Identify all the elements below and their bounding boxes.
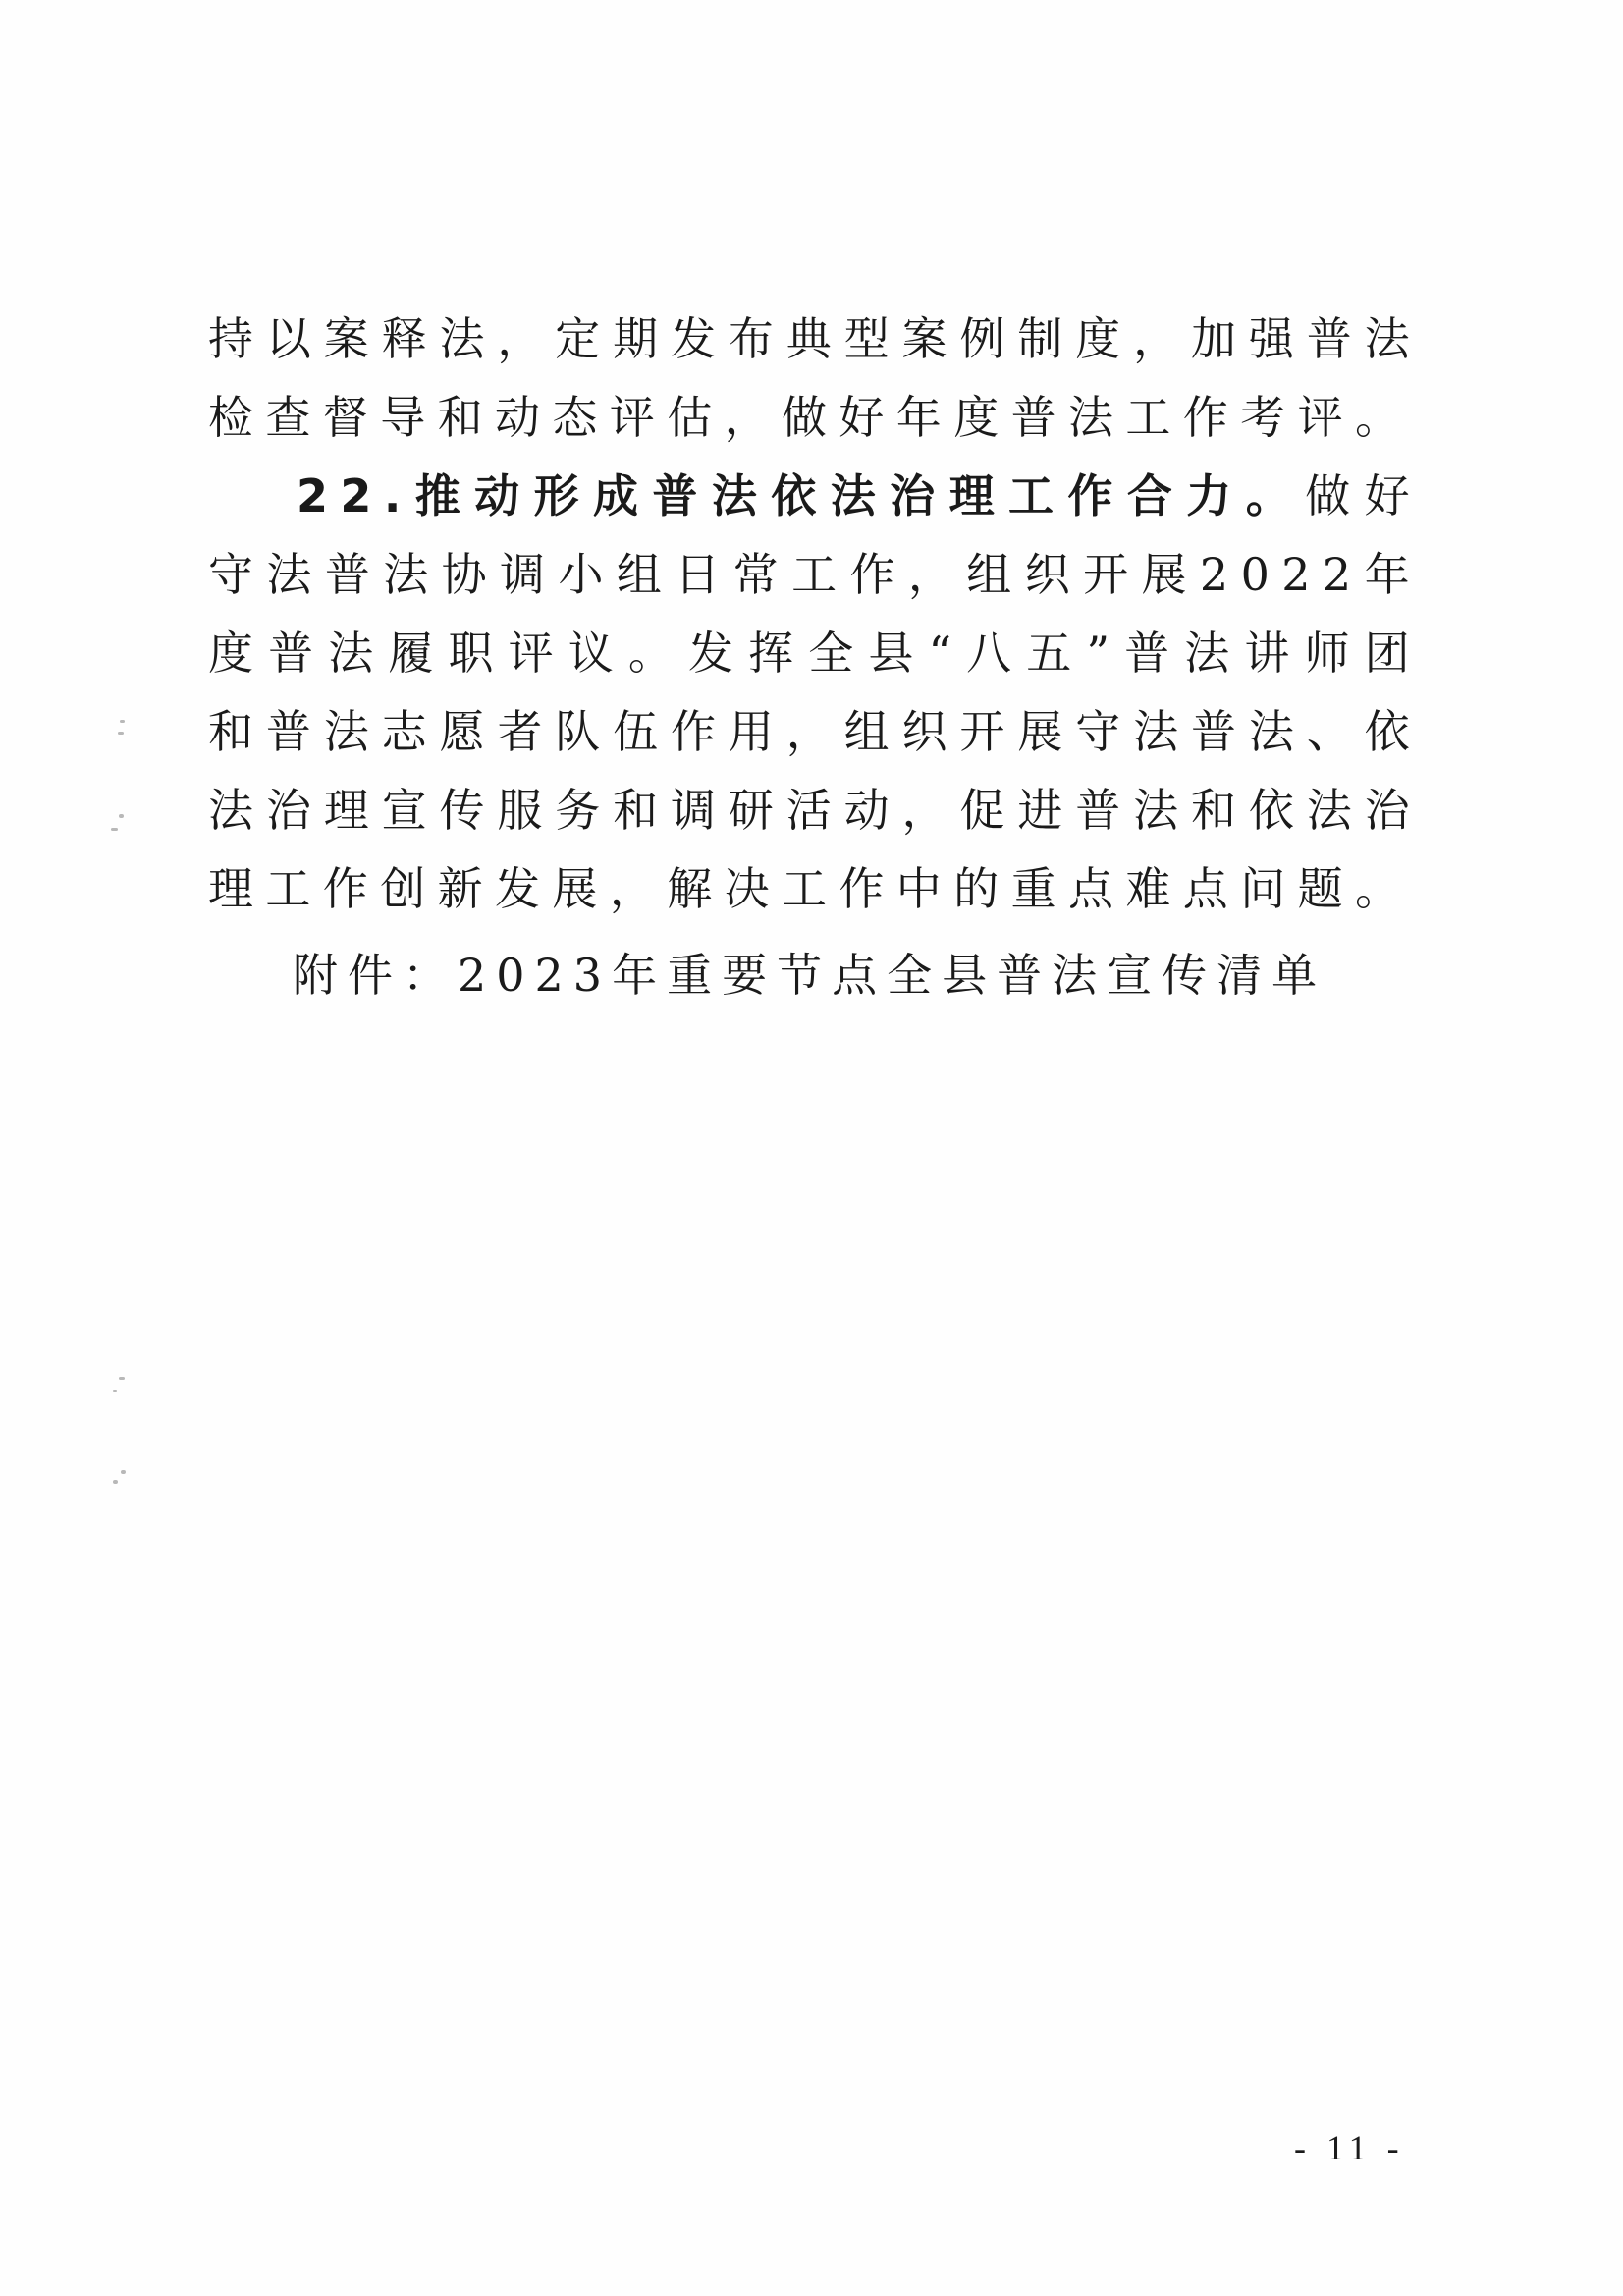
scan-artifact [120, 720, 125, 723]
paragraph-text: 做好守法普法协调小组日常工作，组织开展2022年度普法履职评议。发挥全县“八五”… [208, 469, 1422, 915]
scan-artifact [113, 1390, 117, 1392]
document-body: 持以案释法，定期发布典型案例制度，加强普法检查督导和动态评估，做好年度普法工作考… [208, 300, 1422, 928]
paragraph-continuation: 持以案释法，定期发布典型案例制度，加强普法检查督导和动态评估，做好年度普法工作考… [208, 300, 1422, 457]
page-number: - 11 - [1294, 2123, 1405, 2172]
scan-artifact [111, 828, 118, 831]
document-page: 持以案释法，定期发布典型案例制度，加强普法检查督导和动态评估，做好年度普法工作考… [0, 0, 1623, 2296]
attachment-line: 附件：2023年重要节点全县普法宣传清单 [293, 941, 1326, 1010]
item-heading: 22.推动形成普法依法治理工作合力。 [297, 469, 1305, 522]
paragraph-text: 持以案释法，定期发布典型案例制度，加强普法检查督导和动态评估，做好年度普法工作考… [208, 312, 1422, 444]
scan-artifact [113, 1480, 118, 1484]
scan-artifact [119, 1377, 125, 1380]
paragraph-item-22: 22.推动形成普法依法治理工作合力。做好守法普法协调小组日常工作，组织开展202… [208, 457, 1422, 928]
scan-artifact [119, 814, 124, 818]
scan-artifact [118, 732, 124, 735]
scan-artifact [121, 1470, 126, 1474]
